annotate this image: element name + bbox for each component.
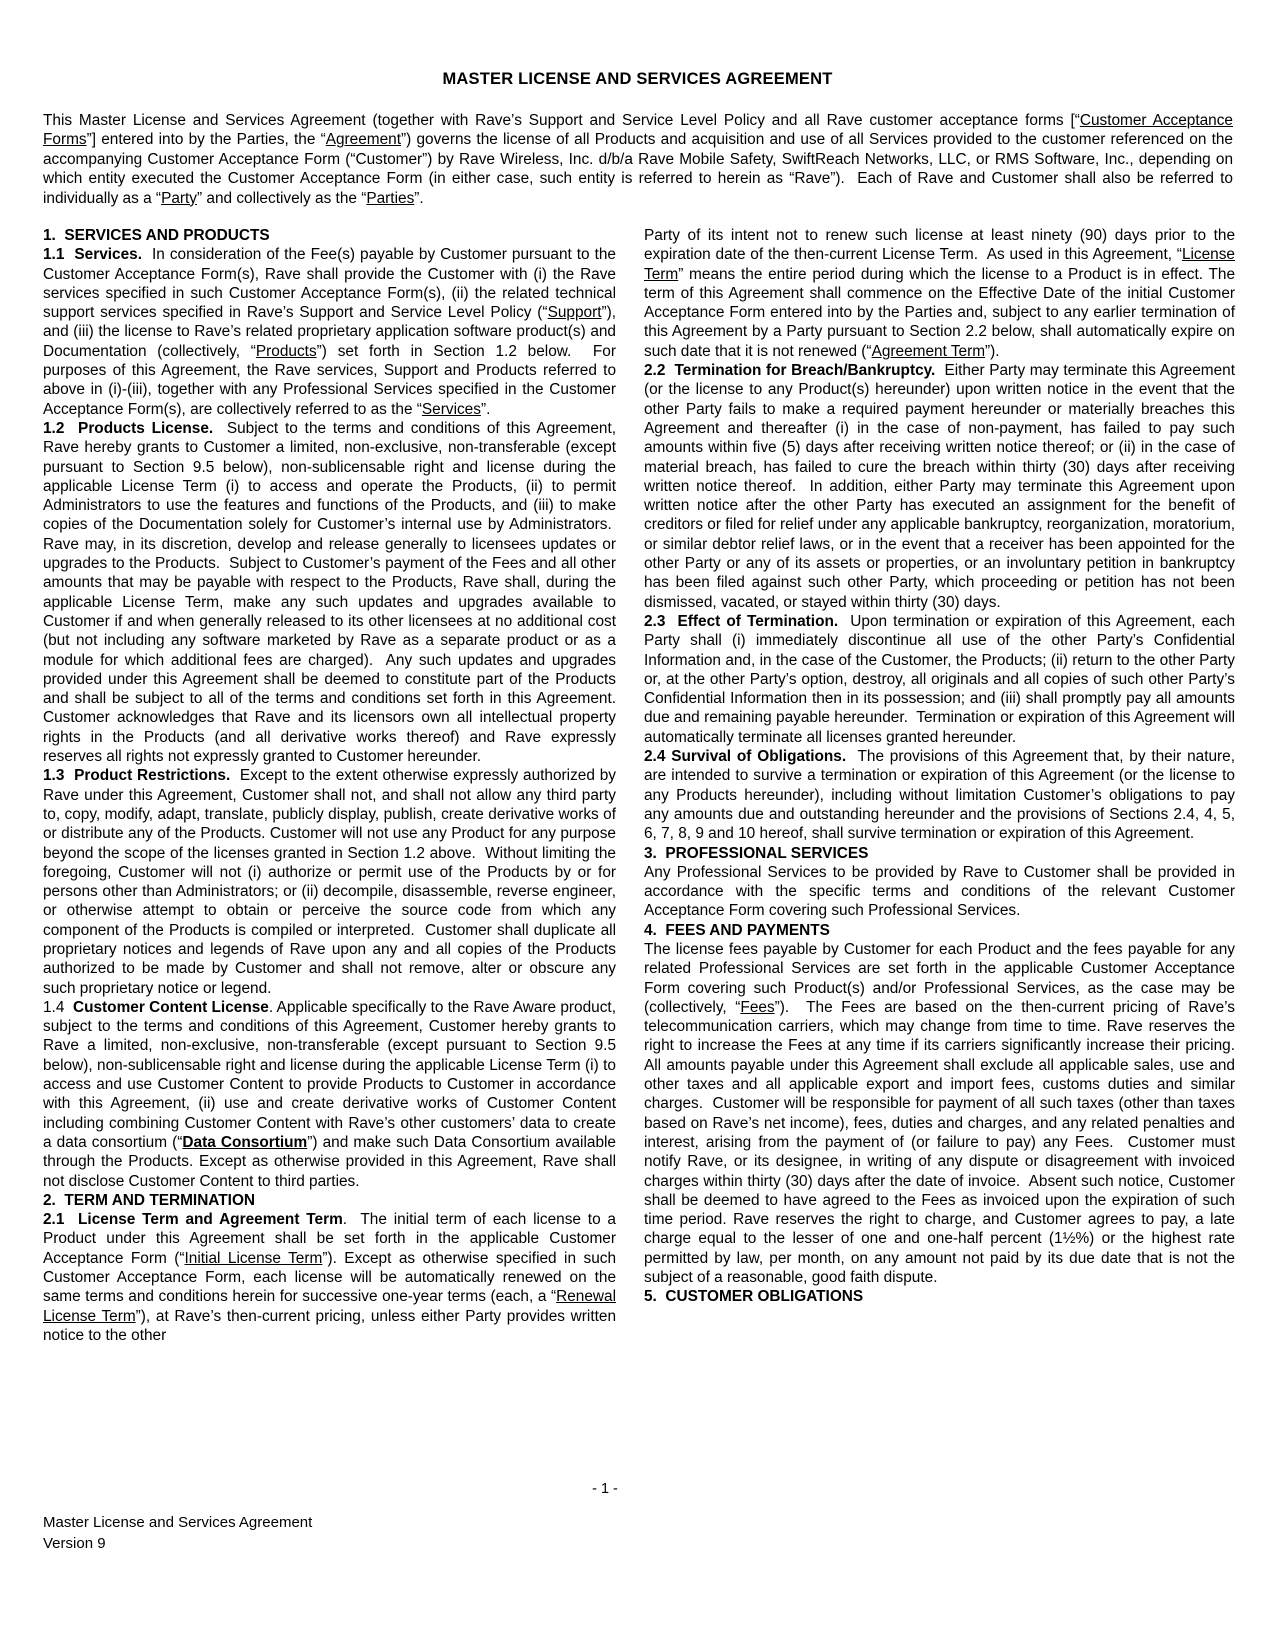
clause-label: 2.2 Termination for Breach/Bankruptcy. — [644, 362, 935, 379]
text-run: ”). — [985, 343, 1000, 360]
clause-label: Customer Content License — [73, 999, 269, 1016]
defined-term: Support — [548, 304, 602, 321]
defined-term: Parties — [366, 190, 414, 207]
clause-label: 1.3 Product Restrictions. — [43, 767, 230, 784]
defined-term: Fees — [740, 999, 774, 1016]
defined-term: Agreement — [326, 131, 401, 148]
text-run: Except to the extent otherwise expressly… — [43, 767, 616, 996]
text-run: ” and collectively as the “ — [197, 190, 366, 207]
document-title: MASTER LICENSE AND SERVICES AGREEMENT — [0, 70, 1275, 89]
text-run: Either Party may terminate this Agreemen… — [644, 362, 1235, 611]
clause-label: 2.3 Effect of Termination. — [644, 613, 838, 630]
defined-term: Initial License Term — [185, 1250, 323, 1267]
section-heading: 4. FEES AND PAYMENTS — [644, 921, 1235, 940]
clause-label: 1.1 Services. — [43, 246, 142, 263]
defined-term: Party — [161, 190, 197, 207]
clause-label: 4. FEES AND PAYMENTS — [644, 922, 830, 939]
clause-label: 3. PROFESSIONAL SERVICES — [644, 845, 868, 862]
page-number: - 1 - — [0, 1481, 1210, 1497]
footer-title: Master License and Services Agreement — [43, 1512, 312, 1533]
text-run: 1.4 — [43, 999, 73, 1016]
clause-label: 2.1 License Term and Agreement Term — [43, 1211, 343, 1228]
text-run: ”] entered into by the Parties, the “ — [87, 131, 326, 148]
clause-label: 5. CUSTOMER OBLIGATIONS — [644, 1288, 863, 1305]
defined-term: Agreement Term — [872, 343, 985, 360]
paragraph: 2.4 Survival of Obligations. The provisi… — [644, 747, 1235, 843]
document-page: MASTER LICENSE AND SERVICES AGREEMENT Th… — [0, 0, 1275, 1650]
paragraph: The license fees payable by Customer for… — [644, 940, 1235, 1287]
intro-paragraph: This Master License and Services Agreeme… — [43, 111, 1233, 208]
clause-label: 2. TERM AND TERMINATION — [43, 1192, 255, 1209]
paragraph: 2.2 Termination for Breach/Bankruptcy. E… — [644, 361, 1235, 612]
text-run: . Applicable specifically to the Rave Aw… — [43, 999, 616, 1151]
clause-label: 1.2 Products License. — [43, 420, 213, 437]
footer-version: Version 9 — [43, 1533, 312, 1554]
text-run: Party of its intent not to renew such li… — [644, 227, 1235, 263]
paragraph: Any Professional Services to be provided… — [644, 863, 1235, 921]
text-run: ”. — [414, 190, 423, 207]
paragraph: 2.1 License Term and Agreement Term. The… — [43, 1210, 616, 1345]
text-run: Upon termination or expiration of this A… — [644, 613, 1235, 746]
defined-term: Services — [422, 401, 481, 418]
defined-term: Data Consortium — [182, 1134, 307, 1151]
two-column-body: 1. SERVICES AND PRODUCTS1.1 Services. In… — [43, 226, 1235, 1345]
paragraph: Party of its intent not to renew such li… — [644, 226, 1235, 361]
clause-label: 2.4 Survival of Obligations. — [644, 748, 846, 765]
paragraph: 1.1 Services. In consideration of the Fe… — [43, 245, 616, 419]
paragraph: 1.3 Product Restrictions. Except to the … — [43, 766, 616, 998]
defined-term: Products — [256, 343, 317, 360]
section-heading: 3. PROFESSIONAL SERVICES — [644, 844, 1235, 863]
document-footer: Master License and Services Agreement Ve… — [43, 1512, 312, 1554]
paragraph: 2.3 Effect of Termination. Upon terminat… — [644, 612, 1235, 747]
section-heading: 1. SERVICES AND PRODUCTS — [43, 226, 616, 245]
paragraph: 1.4 Customer Content License. Applicable… — [43, 998, 616, 1191]
clause-label: 1. SERVICES AND PRODUCTS — [43, 227, 270, 244]
text-run: This Master License and Services Agreeme… — [43, 112, 1080, 129]
text-run: Subject to the terms and conditions of t… — [43, 420, 616, 765]
text-run: ”). The Fees are based on the then-curre… — [644, 999, 1235, 1286]
text-run: ”. — [481, 401, 490, 418]
text-run: Any Professional Services to be provided… — [644, 864, 1235, 920]
column-left: 1. SERVICES AND PRODUCTS1.1 Services. In… — [43, 226, 616, 1345]
section-heading: 2. TERM AND TERMINATION — [43, 1191, 616, 1210]
section-heading: 5. CUSTOMER OBLIGATIONS — [644, 1287, 1235, 1306]
column-right: Party of its intent not to renew such li… — [644, 226, 1235, 1345]
paragraph: 1.2 Products License. Subject to the ter… — [43, 419, 616, 766]
